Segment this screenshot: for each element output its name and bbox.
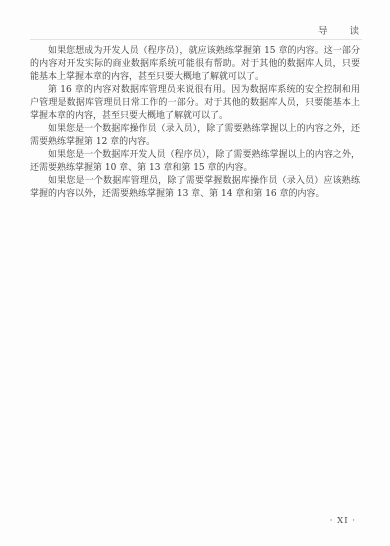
paragraph: 如果您想成为开发人员（程序员），就应该熟练掌握第 15 章的内容。这一部分的内容… <box>30 45 360 84</box>
page-header: 导 读 <box>30 26 360 37</box>
header-title: 导 读 <box>318 26 360 37</box>
page-number: · XI · <box>330 516 356 526</box>
paragraph: 如果您是一个数据库开发人员（程序员），除了需要熟练掌握以上的内容之外，还需要熟练… <box>30 149 360 175</box>
page-body: 如果您想成为开发人员（程序员），就应该熟练掌握第 15 章的内容。这一部分的内容… <box>30 45 360 201</box>
page-footer: · XI · <box>30 516 356 526</box>
header-rule <box>30 39 362 40</box>
paragraph: 第 16 章的内容对数据库管理员来说很有用。因为数据库系统的安全控制和用户管理是… <box>30 84 360 123</box>
paragraph: 如果您是一个数据库操作员（录入员），除了需要熟练掌握以上的内容之外，还需要熟练掌… <box>30 123 360 149</box>
document-page: 导 读 如果您想成为开发人员（程序员），就应该熟练掌握第 15 章的内容。这一部… <box>0 0 390 546</box>
paragraph: 如果您是一个数据库管理员，除了需要掌握数据库操作员（录入员）应该熟练掌握的内容以… <box>30 175 360 201</box>
